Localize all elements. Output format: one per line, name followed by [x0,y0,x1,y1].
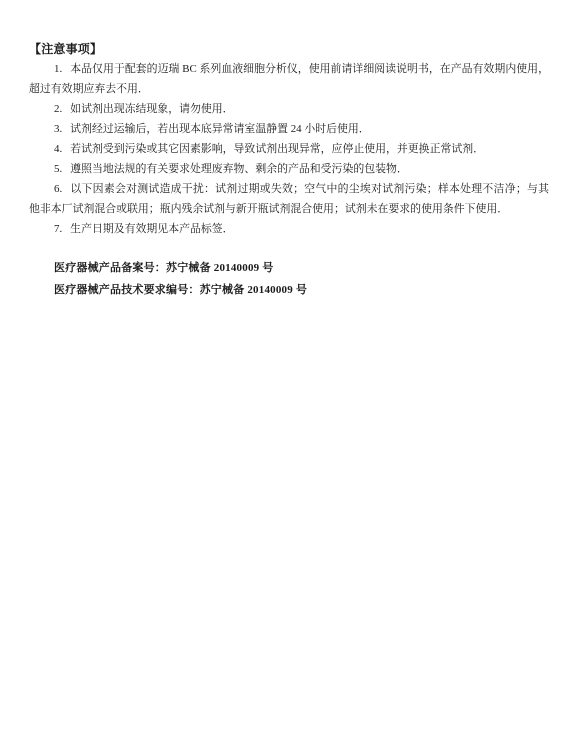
list-item: 4.若试剂受到污染或其它因素影响，导致试剂出现异常，应停止使用，并更换正常试剂． [29,139,549,159]
registration-line-technical-requirement-number: 医疗器械产品技术要求编号：苏宁械备 20140009 号 [29,279,549,301]
item-number: 4. [54,143,62,155]
registration-block: 医疗器械产品备案号：苏宁械备 20140009 号 医疗器械产品技术要求编号：苏… [29,257,549,301]
item-number: 3. [54,123,62,135]
item-number: 1. [54,63,62,75]
item-text: 遵照当地法规的有关要求处理废弃物、剩余的产品和受污染的包装物． [70,163,408,175]
item-text: 本品仅用于配套的迈瑞 BC 系列血液细胞分析仪，使用前请详细阅读说明书，在产品有… [29,63,549,95]
section-title: 【注意事项】 [29,39,549,59]
list-item: 6.以下因素会对测试造成干扰：试剂过期或失效；空气中的尘埃对试剂污染；样本处理不… [29,179,549,219]
precautions-list: 1.本品仅用于配套的迈瑞 BC 系列血液细胞分析仪，使用前请详细阅读说明书，在产… [29,59,549,239]
registration-line-filing-number: 医疗器械产品备案号：苏宁械备 20140009 号 [29,257,549,279]
list-item: 7.生产日期及有效期见本产品标签． [29,219,549,239]
list-item: 5.遵照当地法规的有关要求处理废弃物、剩余的产品和受污染的包装物． [29,159,549,179]
item-number: 5. [54,163,62,175]
list-item: 2.如试剂出现冻结现象，请勿使用． [29,99,549,119]
document-page: 【注意事项】 1.本品仅用于配套的迈瑞 BC 系列血液细胞分析仪，使用前请详细阅… [0,0,570,733]
list-item: 3.试剂经过运输后，若出现本底异常请室温静置 24 小时后使用． [29,119,549,139]
item-number: 6. [54,183,62,195]
item-text: 生产日期及有效期见本产品标签． [70,223,233,235]
item-text: 若试剂受到污染或其它因素影响，导致试剂出现异常，应停止使用，并更换正常试剂． [70,143,484,155]
item-number: 2. [54,103,62,115]
item-text: 以下因素会对测试造成干扰：试剂过期或失效；空气中的尘埃对试剂污染；样本处理不洁净… [29,183,549,215]
item-text: 如试剂出现冻结现象，请勿使用． [70,103,233,115]
item-number: 7. [54,223,62,235]
list-item: 1.本品仅用于配套的迈瑞 BC 系列血液细胞分析仪，使用前请详细阅读说明书，在产… [29,59,549,99]
item-text: 试剂经过运输后，若出现本底异常请室温静置 24 小时后使用． [70,123,370,135]
